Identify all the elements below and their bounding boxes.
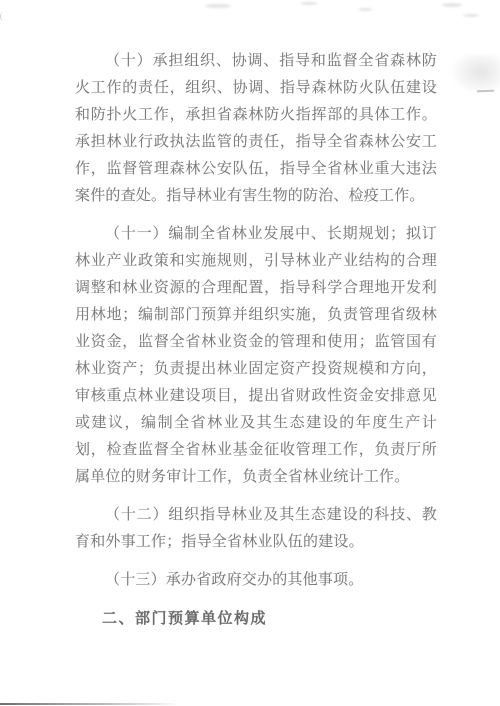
scan-speck-artifact bbox=[442, 3, 462, 7]
paragraph-item-11: （十一）编制全省林业发展中、长期规划；拟订林业产业政策和实施规则，引导林业产业结… bbox=[75, 221, 437, 491]
scan-speck-artifact bbox=[358, 8, 372, 11]
scan-speck-artifact bbox=[300, 2, 318, 5]
document-body: （十）承担组织、协调、指导和监督全省森林防火工作的责任，组织、协调、指导森林防火… bbox=[75, 48, 437, 632]
scan-mark-artifact bbox=[0, 12, 6, 21]
scan-smudge-artifact bbox=[452, 55, 500, 93]
scan-edge-line-artifact bbox=[0, 703, 185, 706]
paragraph-item-13: （十三）承办省政府交办的其他事项。 bbox=[75, 567, 437, 594]
section-heading: 二、部门预算单位构成 bbox=[75, 605, 437, 632]
scan-speck-artifact bbox=[463, 14, 479, 17]
paragraph-item-12: （十二）组织指导林业及其生态建设的科技、教育和外事工作；指导全省林业队伍的建设。 bbox=[75, 502, 437, 556]
paragraph-item-10: （十）承担组织、协调、指导和监督全省森林防火工作的责任，组织、协调、指导森林防火… bbox=[75, 48, 437, 210]
scan-speck-artifact bbox=[205, 4, 231, 8]
document-page: （十）承担组织、协调、指导和监督全省森林防火工作的责任，组织、协调、指导森林防火… bbox=[0, 0, 500, 706]
